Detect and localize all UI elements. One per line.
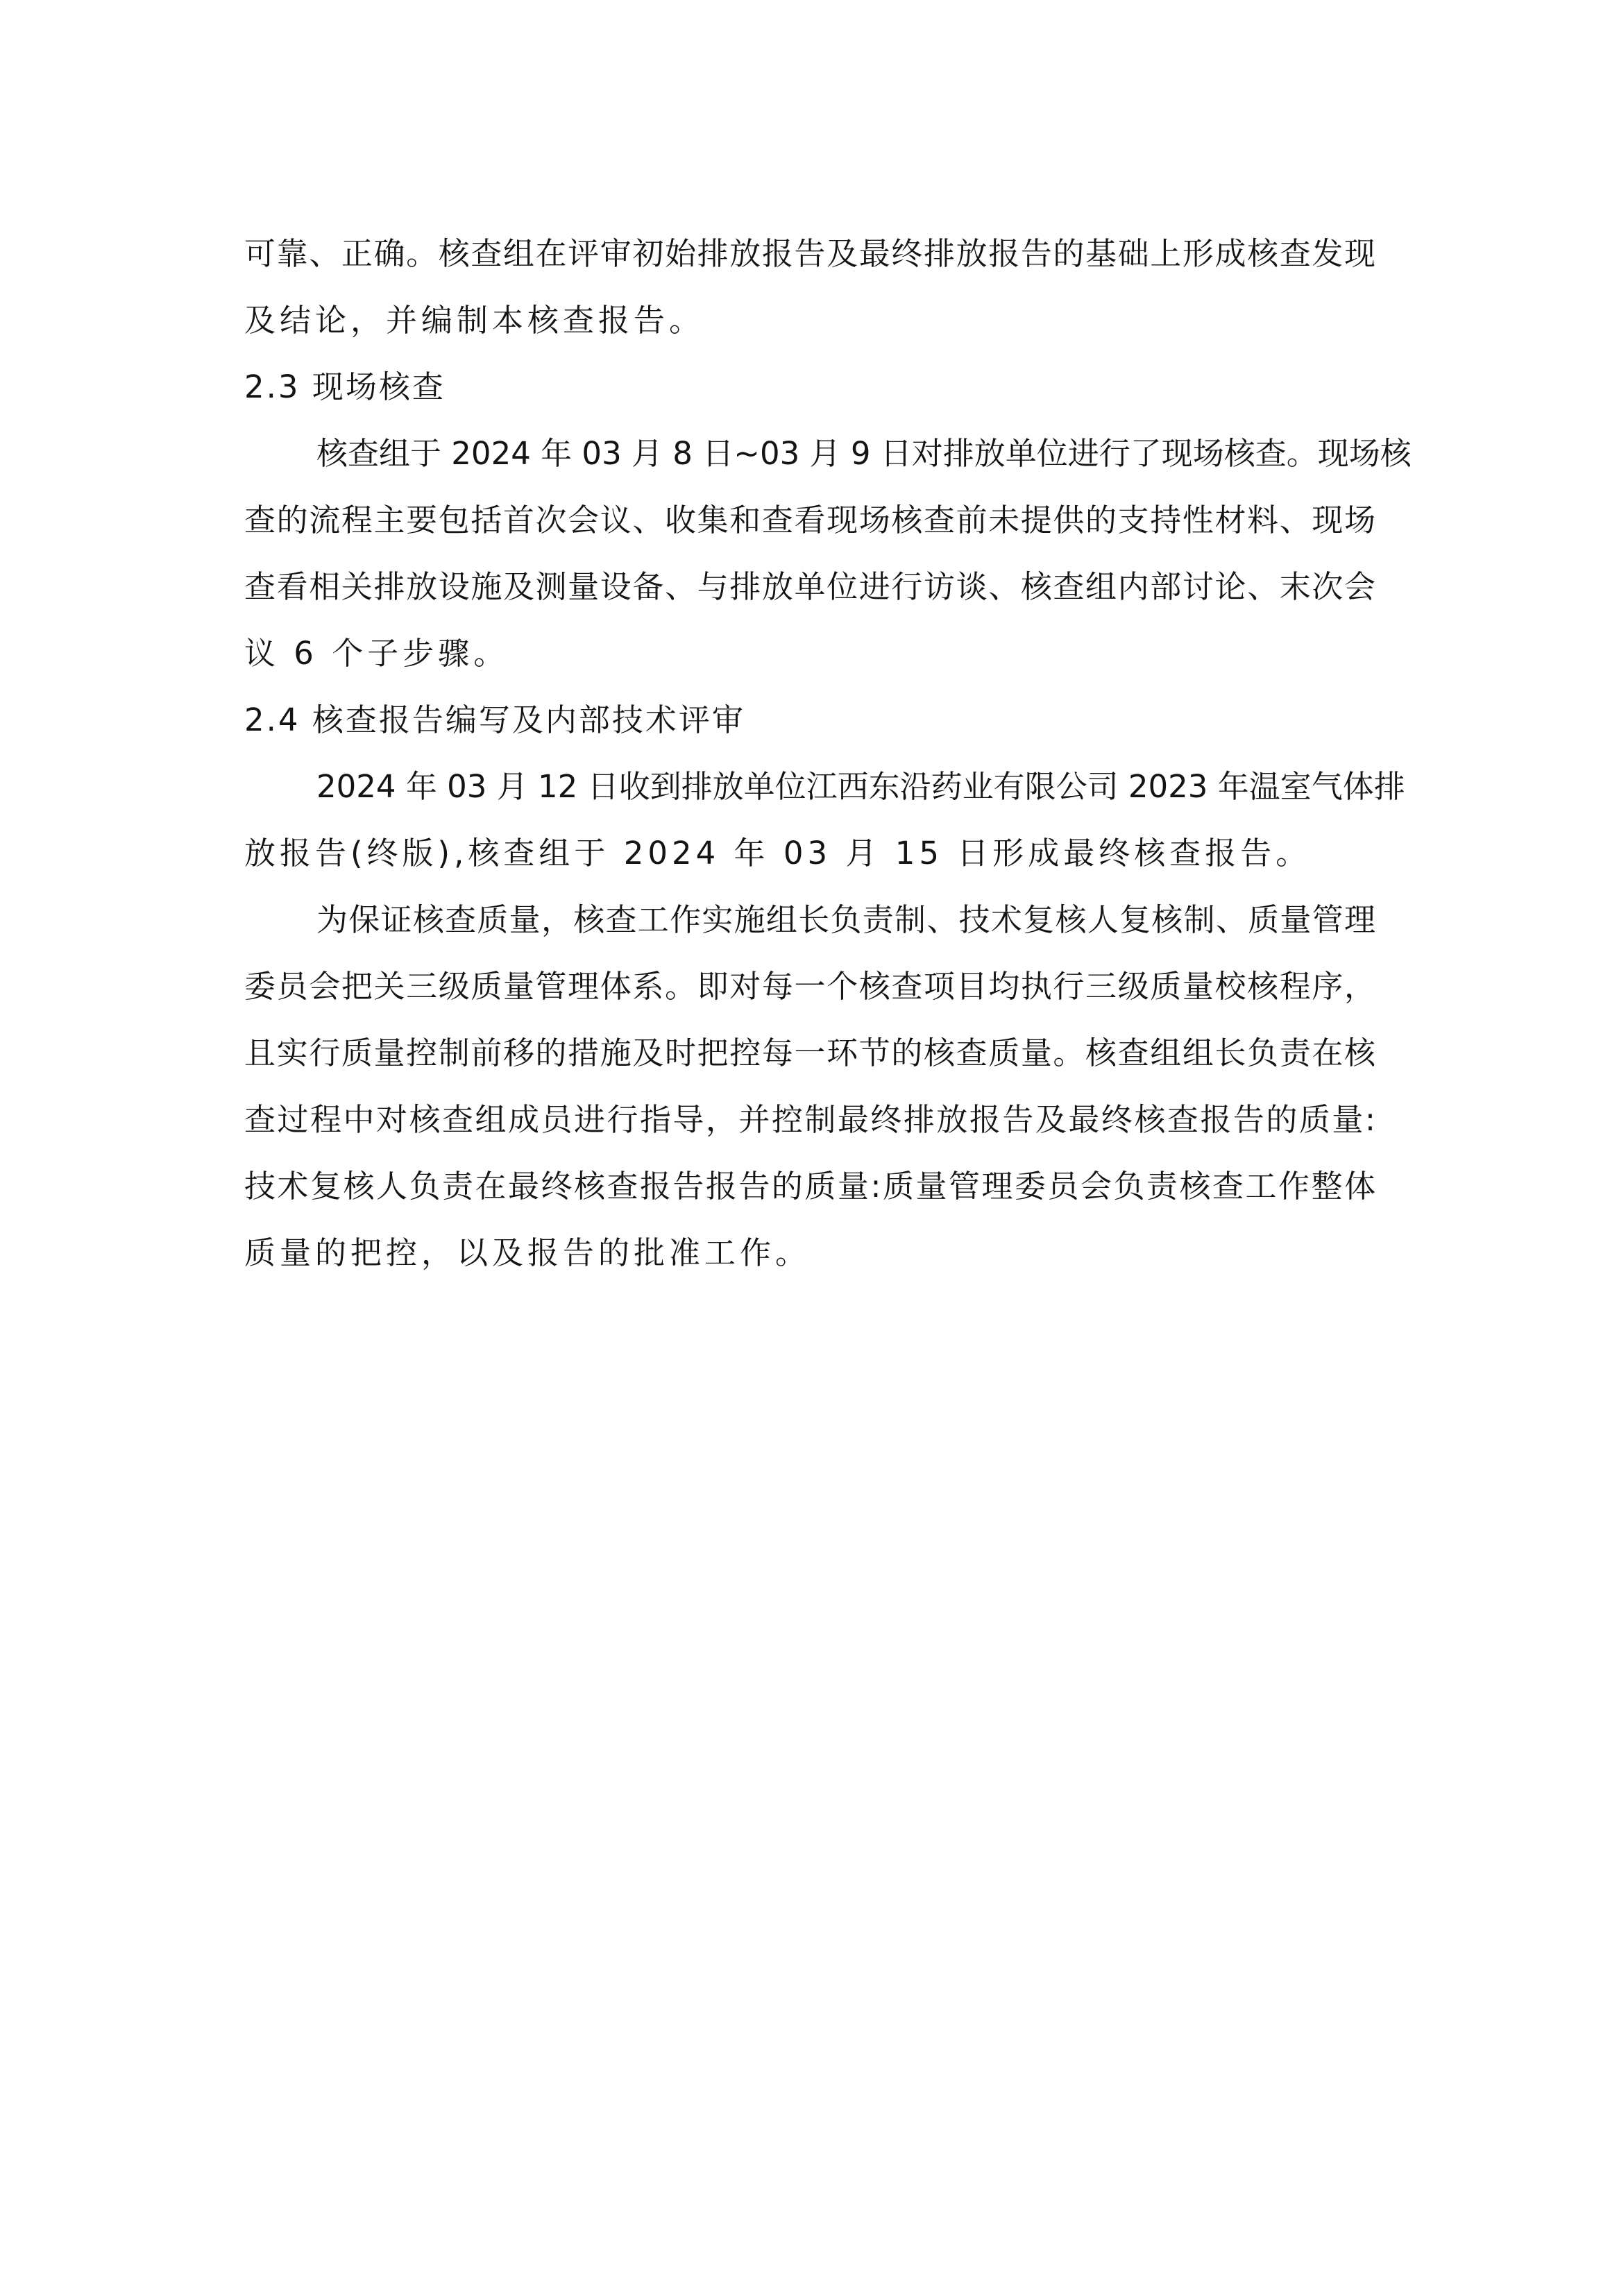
text-line: 核查组于 2024 年 03 月 8 日~03 月 9 日对排放单位进行了现场核… bbox=[244, 420, 1375, 487]
paragraph-verification-conclusion: 可靠、正确。核查组在评审初始排放报告及最终排放报告的基础上形成核查发现 及结论，… bbox=[244, 221, 1375, 354]
document-body: 可靠、正确。核查组在评审初始排放报告及最终排放报告的基础上形成核查发现 及结论，… bbox=[244, 221, 1375, 1286]
text-line: 质量的把控，以及报告的批准工作。 bbox=[244, 1220, 1375, 1286]
text-line: 查看相关排放设施及测量设备、与排放单位进行访谈、核查组内部讨论、末次会 bbox=[244, 554, 1375, 620]
paragraph-quality-management: 为保证核查质量，核查工作实施组长负责制、技术复核人复核制、质量管理 委员会把关三… bbox=[244, 887, 1375, 1286]
paragraph-onsite-verification: 核查组于 2024 年 03 月 8 日~03 月 9 日对排放单位进行了现场核… bbox=[244, 420, 1375, 687]
text-line: 为保证核查质量，核查工作实施组长负责制、技术复核人复核制、质量管理 bbox=[244, 887, 1375, 953]
text-line: 及结论，并编制本核查报告。 bbox=[244, 287, 1375, 354]
text-line: 查过程中对核查组成员进行指导，并控制最终排放报告及最终核查报告的质量: bbox=[244, 1087, 1375, 1153]
text-line: 且实行质量控制前移的措施及时把控每一环节的核查质量。核查组组长负责在核 bbox=[244, 1020, 1375, 1087]
text-line: 委员会把关三级质量管理体系。即对每一个核查项目均执行三级质量校核程序， bbox=[244, 953, 1375, 1020]
section-heading-2-4: 2.4 核查报告编写及内部技术评审 bbox=[244, 687, 1375, 754]
text-line: 技术复核人负责在最终核查报告报告的质量:质量管理委员会负责核查工作整体 bbox=[244, 1153, 1375, 1220]
text-line: 议 6 个子步骤。 bbox=[244, 620, 1375, 687]
text-line: 可靠、正确。核查组在评审初始排放报告及最终排放报告的基础上形成核查发现 bbox=[244, 221, 1375, 287]
text-line: 查的流程主要包括首次会议、收集和查看现场核查前未提供的支持性材料、现场 bbox=[244, 487, 1375, 554]
text-line: 2024 年 03 月 12 日收到排放单位江西东沿药业有限公司 2023 年温… bbox=[244, 754, 1375, 820]
paragraph-report-receipt: 2024 年 03 月 12 日收到排放单位江西东沿药业有限公司 2023 年温… bbox=[244, 754, 1375, 887]
text-line: 放报告(终版),核查组于 2024 年 03 月 15 日形成最终核查报告。 bbox=[244, 820, 1375, 887]
document-page: 可靠、正确。核查组在评审初始排放报告及最终排放报告的基础上形成核查发现 及结论，… bbox=[0, 0, 1610, 2296]
section-heading-2-3: 2.3 现场核查 bbox=[244, 354, 1375, 420]
